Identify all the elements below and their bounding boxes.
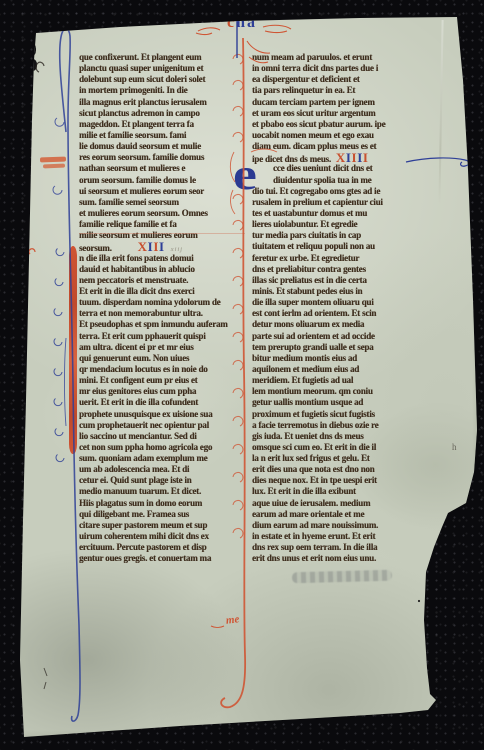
text-line: gentur oues gregis. et conuertam ma: [79, 553, 245, 564]
text-line: et mulieres eorum seorsum. Omnes: [79, 208, 245, 219]
blue-curl: [54, 369, 62, 376]
text-line: aque uiue de ierusalem. medium: [252, 498, 424, 509]
text-line: in omni terra dicit dns partes due i: [252, 63, 424, 74]
text-line: aquilonem et medium eius ad: [252, 364, 424, 375]
faint-pencil-inscription: [292, 570, 392, 584]
text-line: lieres uiolabuntur. Et egredie: [252, 219, 424, 230]
red-edge-dash: [43, 164, 65, 168]
text-line: num meam ad paruulos. et erunt: [252, 52, 424, 63]
text-line: ercituum. Percute pastorem et disp: [79, 542, 245, 553]
blue-curl: [56, 249, 64, 256]
quire-mark: h: [452, 442, 457, 452]
red-edge-dash: [40, 157, 66, 162]
text-line: dolebunt sup eum sicut doleri solet: [79, 74, 245, 85]
photo-background: c h a que confixerunt. Et plangent eumpl…: [0, 0, 484, 750]
text-line: cet non sum ppha homo agricola ego: [79, 442, 245, 453]
text-line: detur mons oliuarum ex media: [252, 319, 424, 330]
text-line: lem montium meorum. qm coniu: [252, 386, 424, 397]
text-line: lie domus dauid seorsum et mulie: [79, 141, 245, 152]
text-line: dauid et habitantibus in ablucio: [79, 264, 245, 275]
text-line: medio manuum tuarum. Et dicet.: [79, 486, 245, 497]
text-line: gis iuda. Et ueniet dns ds meus: [252, 431, 424, 442]
ink-speck: [44, 668, 47, 689]
running-header: c h a: [0, 14, 484, 32]
text-line: res eorum seorsum. familie domus: [79, 152, 245, 163]
text-line: minis. Et stabunt pedes eius in: [252, 286, 424, 297]
text-line: feretur ex urbe. Et egredietur: [252, 253, 424, 264]
text-line: erit dns unus et erit nom eius unu.: [252, 553, 424, 564]
text-line: Et erit in die illa dicit dns exerci: [79, 286, 245, 297]
blue-companion-line: [65, 338, 67, 426]
text-line: um ab adolescencia mea. Et di: [79, 464, 245, 475]
left-text-column: que confixerunt. Et plangent eumplanctu …: [79, 52, 245, 564]
text-line: orum seorsum. familie domus le: [79, 175, 245, 186]
text-line: familie relique familie et fa: [79, 219, 245, 230]
text-line: in mortem primogeniti. In die: [79, 85, 245, 96]
blue-curl: [54, 309, 62, 316]
text-line: Hiis plagatus sum in domo eorum: [79, 498, 245, 509]
red-edge-mark: [29, 249, 35, 254]
text-line: uocabit nomen meum et ego exau: [252, 130, 424, 141]
text-line: uerit. Et erit in die illa cofundent: [79, 397, 245, 408]
right-column-part1: num meam ad paruulos. et eruntin omni te…: [252, 52, 424, 152]
text-line: qui diligebant me. Framea sus: [79, 509, 245, 520]
chapter-13-numeral: XIII: [138, 241, 165, 252]
text-line: dio tui. Et cogregabo oms gtes ad ie: [252, 186, 424, 197]
text-line: qui genuerunt eum. Non uiues: [79, 353, 245, 364]
text-line: dies neque nox. Et in tpe uespi erit: [252, 475, 424, 486]
text-line: sicut planctus adremon in campo: [79, 108, 245, 119]
text-line: meridiem. Et fugietis ad ual: [252, 375, 424, 386]
text-line: in estate et in hyeme erunt. Et erit: [252, 531, 424, 542]
text-line: et uram eos sicut uritur argentum: [252, 108, 424, 119]
text-line: qr mendacium locutus es in noie do: [79, 364, 245, 375]
text-line: dium earum ad mare nouissimum.: [252, 520, 424, 531]
text-line: Et pseudophas et spm inmundu auferam: [79, 319, 245, 330]
blue-curl: [56, 455, 64, 462]
text-line: ea dispergentur et deficient et: [252, 74, 424, 85]
right-column-part2: dio tui. Et cogregabo oms gtes ad ierusa…: [252, 186, 424, 565]
text-line: nem peccatoris et menstruate.: [79, 275, 245, 286]
text-line: tuum. disperdam nomina ydolorum de: [79, 297, 245, 308]
text-line: dns et preliabitur contra gentes: [252, 264, 424, 275]
text-line: earum ad mare orientale et me: [252, 509, 424, 520]
text-line: dns rex sup oem terram. In die illa: [252, 542, 424, 553]
text-line: et pbabo eos sicut pbatur aurum. ipe: [252, 119, 424, 130]
text-line: ui seorsum et mulieres eorum seor: [79, 186, 245, 197]
text-line: diuidentur spolia tua in me: [273, 175, 424, 186]
text-line: citare super pastorem meum et sup: [79, 520, 245, 531]
text-line: lux. Et erit in die illa exibunt: [252, 486, 424, 497]
text-line: cum prophetauerit nec opientur pal: [79, 420, 245, 431]
chapter-14-numeral: XIIII: [336, 152, 369, 163]
text-line: rusalem in prelium et capientur ciui: [252, 197, 424, 208]
text-line: tiuitatem et reliquu populi non au: [252, 241, 424, 252]
text-line: illas sic preliatus est in die certa: [252, 275, 424, 286]
text-line: lio saccino ut menciantur. Sed di: [79, 431, 245, 442]
text-line: cce dies ueniunt dicit dns et: [273, 163, 424, 174]
text-line: nathan seorsum et mulieres e: [79, 163, 245, 174]
parchment-crease: [438, 20, 443, 205]
text-line: parte sui ad orientem et ad occide: [252, 331, 424, 342]
running-header-letter: a: [247, 14, 257, 32]
text-line: est cont ierlm ad orientem. Et scin: [252, 308, 424, 319]
ink-speck: [418, 600, 420, 602]
text-line: tur media pars ciuitatis in cap: [252, 230, 424, 241]
text-line: proximum et fugietis sicut fugistis: [252, 409, 424, 420]
edge-damage-chip: [25, 42, 36, 57]
text-line: cetur ei. Quid sunt plage iste in: [79, 475, 245, 486]
text-line: omsque sci cum eo. Et erit in die il: [252, 442, 424, 453]
blue-curl: [55, 118, 64, 126]
blue-curl: [54, 399, 62, 406]
left-column-part1: que confixerunt. Et plangent eumplanctu …: [79, 52, 245, 241]
chapter-13-heading-line: seorsum. XIII xiij: [79, 241, 245, 252]
text-line: prophete unusquisque ex uisione sua: [79, 409, 245, 420]
text-line: sum. familie semei seorsum: [79, 197, 245, 208]
text-line: tes et uastabuntur domus et mu: [252, 208, 424, 219]
text-line: uirum coherentem mihi dicit dns ex: [79, 531, 245, 542]
edge-damage-chip: [28, 59, 37, 71]
text-line: bitur medium montis eius ad: [252, 353, 424, 364]
chapter-14-initial-E: e: [233, 156, 257, 194]
catchword-tail: [211, 626, 224, 628]
blue-curl: [54, 339, 62, 346]
chapter-13-initial-I: [69, 246, 77, 454]
blue-curl: [55, 279, 63, 286]
text-line: ducam terciam partem per ignem: [252, 97, 424, 108]
text-line: terra. Et erit cum pphauerit quispi: [79, 331, 245, 342]
text-line: am ultra. dicent ei pr et mr eius: [79, 342, 245, 353]
text-line: erit dies una que nota est dno non: [252, 464, 424, 475]
running-header-letter: c: [227, 14, 236, 32]
text-line: mageddon. Et plangent terra fa: [79, 119, 245, 130]
text-line: mr eius genitores eius cum ppha: [79, 386, 245, 397]
text-line: tia pars relinquetur in ea. Et: [252, 85, 424, 96]
text-line: sum. quoniam adam exemplum me: [79, 453, 245, 464]
right-column-indented-lines: cce dies ueniunt dicit dns etdiuidentur …: [252, 163, 424, 185]
text-line: die illa super montem oliuaru qui: [252, 297, 424, 308]
text-line: terra et non memorabuntur ultra.: [79, 308, 245, 319]
blue-curl: [53, 186, 62, 194]
text-line: getur uallis montium usque ad: [252, 397, 424, 408]
text-line: a facie terremotus in diebus ozie re: [252, 420, 424, 431]
text-line: tem prerupto grandi ualle et sepa: [252, 342, 424, 353]
right-text-column: num meam ad paruulos. et eruntin omni te…: [252, 52, 424, 564]
faint-ruling-line: [79, 233, 245, 234]
chapter-14-heading-line: ipe dicet dns ds meus. XIIII: [252, 152, 424, 163]
text-line: que confixerunt. Et plangent eum: [79, 52, 245, 63]
ink-speck: [36, 62, 44, 72]
text-line: illa magnus erit planctus ierusalem: [79, 97, 245, 108]
running-header-letter: h: [236, 14, 247, 32]
text-line: n die illa erit fons patens domui: [79, 253, 245, 264]
text-line: planctu quasi super unigenitum et: [79, 63, 245, 74]
red-catchword: me: [225, 614, 240, 626]
text-line: mini. Et configent eum pr eius et: [79, 375, 245, 386]
rubricator-guide-note: xiij: [171, 246, 183, 253]
parchment-leaf: c h a que confixerunt. Et plangent eumpl…: [0, 0, 484, 750]
left-column-part2: n die illa erit fons patens domuidauid e…: [79, 253, 245, 565]
blue-curl: [55, 429, 63, 436]
text-line: milie et familie seorsum. fami: [79, 130, 245, 141]
text-line: la n erit lux sed frigus et gelu. Et: [252, 453, 424, 464]
